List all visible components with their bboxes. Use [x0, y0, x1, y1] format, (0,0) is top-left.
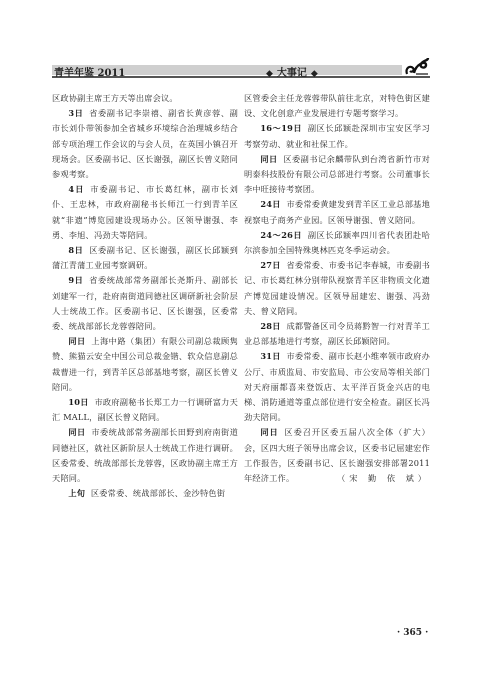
left-column: 区政协副主席王方天等出席会议。 3日省委副书记李崇禧、副省长黄彦蓉、副市长刘仆带…: [52, 91, 238, 501]
entry-date: 3日: [68, 108, 83, 118]
entry-date: 31日: [260, 351, 280, 361]
entry-paragraph: 10日市政府副秘书长郑工力一行调研富力天汇 MALL，副区长曾义陪同。: [52, 395, 238, 425]
entry-paragraph: 4日市委副书记、市长葛红林，副市长刘仆、王忠林，市政府副秘书长师江一行到青羊区就…: [52, 182, 238, 243]
entry-date: 28日: [260, 321, 280, 331]
entry-paragraph: 上旬区委常委、统战部部长、金沙特色街: [52, 486, 238, 501]
entry-text: 区委常委、统战部部长、金沙特色街: [91, 488, 225, 498]
entry-date: 同日: [68, 427, 85, 437]
entry-paragraph: 同日区委副书记余麟带队到台湾省新竹市对明泰科技股份有限公司总部进行考察。公司董事…: [244, 152, 430, 198]
entry-text: 市委常委、副市长赵小维率领市政府办公厅、市质监局、市安监局、市公安局等相关部门对…: [244, 351, 430, 422]
entry-text: 省委副书记李崇禧、副省长黄彦蓉、副市长刘仆带领参加全省城乡环境综合治理城乡结合部…: [52, 108, 238, 179]
swirl-logo-icon: [404, 56, 430, 76]
author-credit: （宋 勤 依 斌）: [321, 471, 430, 486]
right-column: 区管委会主任龙蓉蓉带队前往北京，对特色街区建设、文化创意产业发展进行专题考察学习…: [244, 91, 430, 486]
page-number: · 365 ·: [397, 628, 428, 638]
diamond-icon: ◆: [311, 69, 318, 79]
entry-paragraph: 16～19日副区长邱颖赴深圳市宝安区学习考察劳动、就业和社保工作。: [244, 121, 430, 151]
entry-date: 上旬: [68, 488, 85, 498]
entry-date: 24～26日: [260, 230, 302, 240]
entry-paragraph: 24～26日副区长邱颖率四川省代表团赴哈尔滨参加全国特殊奥林匹克冬季运动会。: [244, 228, 430, 258]
entry-paragraph: 同日区委召开区委五届八次全体（扩大）会，区四大班子领导出席会议，区委书记屈建宏作…: [244, 425, 430, 486]
entry-date: 4日: [68, 184, 84, 194]
entry-date: 同日: [260, 154, 277, 164]
entry-date: 24日: [260, 199, 280, 209]
section-title-group: ◆大事记◆: [262, 64, 322, 79]
section-title: 大事记: [277, 68, 307, 79]
entry-date: 27日: [260, 260, 280, 270]
entry-paragraph: 3日省委副书记李崇禧、副省长黄彦蓉、副市长刘仆带领参加全省城乡环境综合治理城乡结…: [52, 106, 238, 182]
book-title: 青羊年鉴 2011: [54, 64, 125, 79]
entry-paragraph: 区管委会主任龙蓉蓉带队前往北京，对特色街区建设、文化创意产业发展进行专题考察学习…: [244, 91, 430, 121]
entry-paragraph: 区政协副主席王方天等出席会议。: [52, 91, 238, 106]
running-header: 青羊年鉴 2011 ◆大事记◆: [52, 62, 430, 78]
entry-paragraph: 31日市委常委、副市长赵小维率领市政府办公厅、市质监局、市安监局、市公安局等相关…: [244, 349, 430, 425]
entry-date: 同日: [260, 427, 278, 437]
entry-date: 16～19日: [260, 123, 302, 133]
entry-paragraph: 27日省委常委、市委书记李春城，市委副书记、市长葛红林分别带队视察青羊区非物质文…: [244, 258, 430, 319]
entry-paragraph: 8日区委副书记、区长谢强，副区长邱颖到蒲江青蒲工业园考察调研。: [52, 243, 238, 273]
entry-date: 10日: [68, 397, 88, 407]
entry-date: 同日: [68, 336, 85, 346]
entry-date: 9日: [68, 275, 83, 285]
diamond-icon: ◆: [266, 69, 273, 79]
entry-text: 区管委会主任龙蓉蓉带队前往北京，对特色街区建设、文化创意产业发展进行专题考察学习…: [244, 93, 430, 118]
entry-paragraph: 同日市委统战部常务副部长田野到府南街道同德社区，就社区新阶层人士统战工作进行调研…: [52, 425, 238, 486]
entry-paragraph: 同日上海中路（集团）有限公司副总裁顾隽赞、熊猫云安全中国公司总裁金锴、软众信息副…: [52, 334, 238, 395]
entry-date: 8日: [68, 245, 83, 255]
entry-text: 区政协副主席王方天等出席会议。: [52, 93, 178, 103]
entry-paragraph: 24日市委常委黄建发到青羊区工业总部基地视察电子商务产业园。区领导谢强、曾义陪同…: [244, 197, 430, 227]
entry-paragraph: 9日省委统战部常务副部长尧斯丹、副部长刘建军一行，赴府南街道同德社区调研新社会阶…: [52, 273, 238, 334]
entry-paragraph: 28日成都警备区司令员蒋黔智一行对青羊工业总部基地进行考察，副区长邱颖陪同。: [244, 319, 430, 349]
